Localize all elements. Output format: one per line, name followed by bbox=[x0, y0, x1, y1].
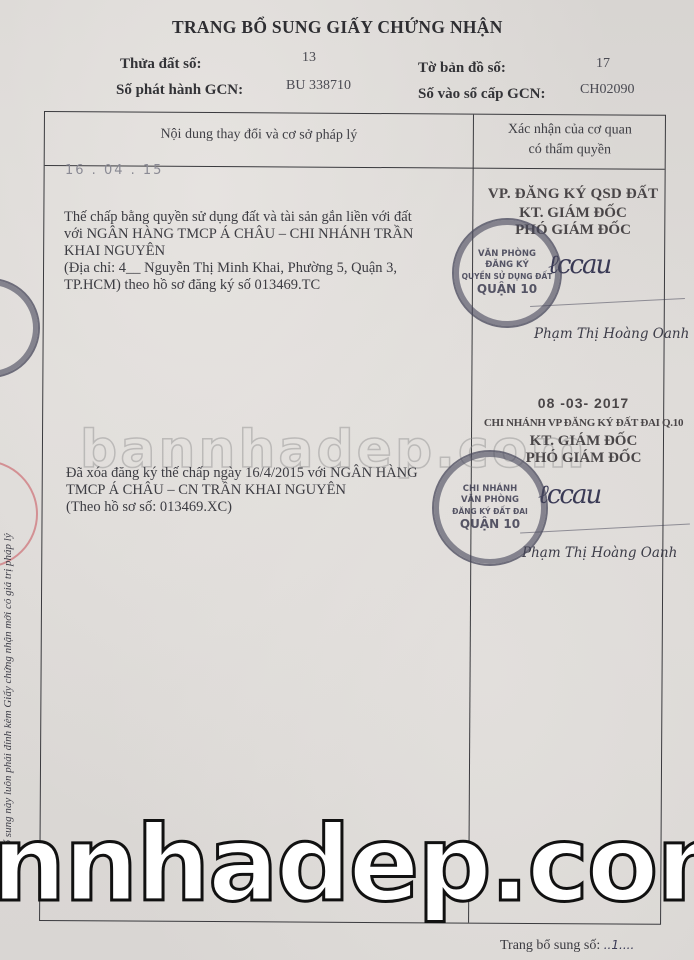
entry-2-line: Đã xóa đăng ký thế chấp ngày 16/4/2015 v… bbox=[66, 465, 418, 482]
entry-2-official-stamp: CHI NHÁNH VĂN PHÒNG ĐĂNG KÝ ĐẤT ĐAI QUẬN… bbox=[432, 450, 548, 566]
entry-1-content: Thế chấp bằng quyền sử dụng đất và tài s… bbox=[64, 209, 413, 294]
entry-1-line: KHAI NGUYÊN bbox=[64, 243, 413, 260]
stamp-line: ĐĂNG KÝ ĐẤT ĐAI bbox=[452, 506, 528, 517]
header-certification-line2: có thẩm quyền bbox=[475, 140, 665, 161]
map-sheet-label: Tờ bản đồ số: bbox=[418, 60, 506, 77]
stamp-line: QUYỀN SỬ DỤNG ĐẤT bbox=[462, 271, 553, 282]
register-number-label: Số vào sổ cấp GCN: bbox=[418, 86, 546, 103]
footer-label: Trang bổ sung số: bbox=[500, 938, 600, 953]
stamp-line: VĂN PHÒNG bbox=[461, 495, 519, 506]
header-certification: Xác nhận của cơ quan có thẩm quyền bbox=[475, 120, 665, 161]
entry-2-line: (Theo hồ sơ số: 013469.XC) bbox=[66, 499, 418, 516]
entry-2-line: TMCP Á CHÂU – CN TRẦN KHAI NGUYÊN bbox=[66, 482, 418, 499]
entry-2-content: Đã xóa đăng ký thế chấp ngày 16/4/2015 v… bbox=[66, 465, 418, 516]
entry-2-date: 08 -03- 2017 bbox=[476, 395, 691, 411]
header-certification-line1: Xác nhận của cơ quan bbox=[475, 120, 665, 141]
entry-1-signer: Phạm Thị Hoàng Oanh bbox=[534, 326, 689, 342]
watermark-large: nnhadep.com bbox=[0, 812, 694, 916]
register-number-value: CH02090 bbox=[580, 82, 634, 98]
entry-1-line: TP.HCM) theo hồ sơ đăng ký số 013469.TC bbox=[64, 277, 413, 294]
entry-1-handwritten-date: 16 . 04 . 15 bbox=[65, 163, 163, 178]
stamp-line: CHI NHÁNH bbox=[463, 484, 518, 495]
entry-2-title-1: KT. GIÁM ĐỐC bbox=[476, 433, 691, 450]
entry-1-official-stamp: VĂN PHÒNG ĐĂNG KÝ QUYỀN SỬ DỤNG ĐẤT QUẬN… bbox=[452, 218, 562, 328]
stamp-line: VĂN PHÒNG bbox=[478, 249, 536, 260]
entry-1-line: (Địa chỉ: 4__ Nguyễn Thị Minh Khai, Phườ… bbox=[64, 260, 413, 277]
footer-value: ..1.... bbox=[604, 938, 635, 952]
entry-2-org: CHI NHÁNH VP ĐĂNG KÝ ĐẤT ĐAI Q.10 bbox=[476, 417, 691, 429]
stamp-line: ĐĂNG KÝ bbox=[485, 260, 529, 271]
parcel-value: 13 bbox=[302, 50, 316, 66]
entry-1-org: VP. ĐĂNG KÝ QSD ĐẤT bbox=[478, 186, 668, 203]
map-sheet-value: 17 bbox=[596, 56, 610, 72]
footer-page-number: Trang bổ sung số: ..1.... bbox=[500, 938, 634, 954]
entry-1-line: với NGÂN HÀNG TMCP Á CHÂU – CHI NHÁNH TR… bbox=[64, 226, 413, 243]
stamp-line: QUẬN 10 bbox=[460, 517, 520, 532]
issue-number-value: BU 338710 bbox=[286, 78, 351, 94]
parcel-label: Thửa đất số: bbox=[120, 56, 202, 73]
document-title: TRANG BỔ SUNG GIẤY CHỨNG NHẬN bbox=[172, 17, 503, 38]
entry-1-line: Thế chấp bằng quyền sử dụng đất và tài s… bbox=[64, 209, 413, 226]
header-content-changes: Nội dung thay đổi và cơ sở pháp lý bbox=[45, 126, 473, 145]
entry-2-signer: Phạm Thị Hoàng Oanh bbox=[522, 545, 677, 561]
margin-official-stamp bbox=[0, 278, 40, 378]
table-header-row: Nội dung thay đổi và cơ sở pháp lý Xác n… bbox=[45, 112, 665, 170]
issue-number-label: Số phát hành GCN: bbox=[116, 82, 243, 99]
stamp-line: QUẬN 10 bbox=[477, 282, 537, 297]
